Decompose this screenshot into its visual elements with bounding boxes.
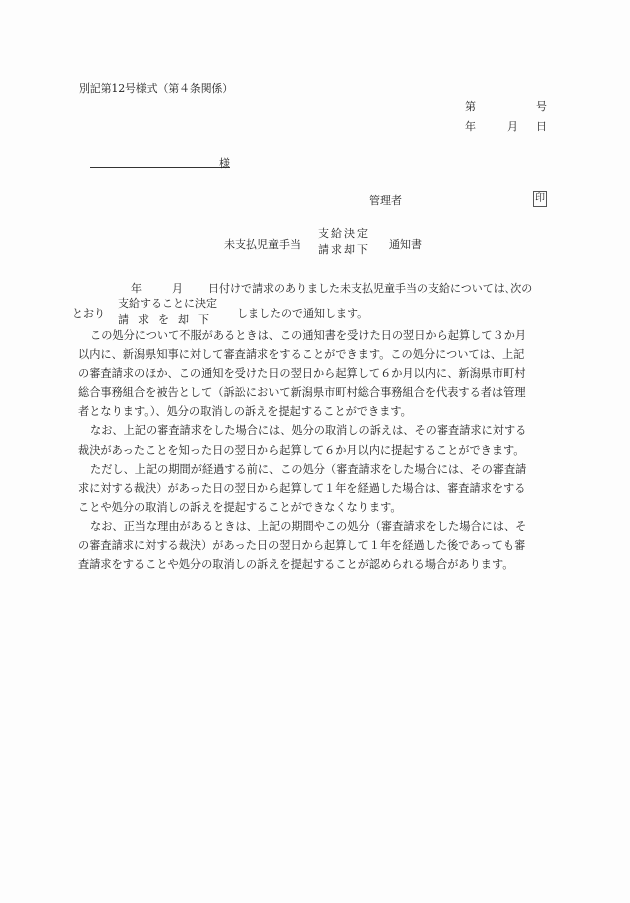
- intro-toori: とおり: [72, 305, 105, 321]
- paragraph-line: 求に対する裁決）があった日の翌日から起算して１年を経過した場合は、審査請求をする: [78, 479, 548, 498]
- issue-date: 年 月 日: [465, 118, 547, 132]
- title-tail: 通知書: [389, 236, 422, 252]
- paragraph-line: ことや処分の取消しの訴えを提起することができなくなります。: [78, 498, 548, 517]
- title-option-reject: 請求却下: [318, 242, 370, 258]
- paragraph-line: の審査請求に対する裁決）があった日の翌日から起算して１年を経過した後であっても審: [78, 536, 548, 555]
- date-day-label: 日: [536, 118, 547, 134]
- notice-body: この処分について不服があるときは、この通知書を受けた日の翌日から起算して３か月 …: [78, 326, 548, 574]
- title-main: 未支払児童手当: [224, 236, 301, 252]
- paragraph-line: の審査請求のほか、この通知を受けた日の翌日から起算して６か月以内に、新潟県市町村: [78, 364, 548, 383]
- document-number-prefix: 第: [465, 98, 476, 114]
- addressee-name-line: [90, 167, 230, 168]
- paragraph-line: 総合事務組合を被告として（訴訟において新潟県市町村総合事務組合を代表する者は管理: [78, 383, 548, 402]
- paragraph-appeal: この処分について不服があるときは、この通知書を受けた日の翌日から起算して３か月 …: [78, 326, 548, 421]
- paragraph-line: ただし、上記の期間が経過する前に、この処分（審査請求をした場合には、その審査請: [78, 460, 548, 479]
- intro-options: 支給することに決定 請求を却下: [118, 296, 218, 328]
- paragraph-line: 以内に、新潟県知事に対して審査請求をすることができます。この処分については、上記: [78, 345, 548, 364]
- issuer-label: 管理者: [369, 192, 402, 208]
- intro-month: 月: [172, 282, 183, 295]
- date-month-label: 月: [507, 118, 518, 134]
- document-number-suffix: 号: [536, 98, 547, 114]
- paragraph-deadline: ただし、上記の期間が経過する前に、この処分（審査請求をした場合には、その審査請 …: [78, 460, 548, 517]
- date-year-label: 年: [465, 118, 476, 134]
- paragraph-line: なお、正当な理由があるときは、上記の期間やこの処分（審査請求をした場合には、そ: [78, 517, 548, 536]
- title-option-grant: 支給決定: [318, 226, 370, 242]
- paragraph-line: 査請求をすることや処分の取消しの訴えを提起することが認められる場合があります。: [78, 555, 548, 574]
- intro-year: 年: [131, 282, 142, 295]
- paragraph-after-review: なお、上記の審査請求をした場合には、処分の取消しの訴えは、その審査請求に対する …: [78, 421, 548, 459]
- intro-line1-rest: 日付けで請求のありました未支払児童手当の支給については､次の: [208, 282, 532, 295]
- paragraph-line: この処分について不服があるときは、この通知書を受けた日の翌日から起算して３か月: [78, 326, 548, 345]
- title-options: 支給決定 請求却下: [318, 226, 370, 258]
- intro-line-1: 年月日付けで請求のありました未支払児童手当の支給については､次の: [131, 280, 532, 296]
- paragraph-justifiable-reason: なお、正当な理由があるときは、上記の期間やこの処分（審査請求をした場合には、そ …: [78, 517, 548, 574]
- form-identifier: 別記第12号様式（第４条関係）: [79, 80, 233, 96]
- paragraph-line: 者となります。）、処分の取消しの訴えを提起することができます。: [78, 402, 548, 421]
- intro-option-grant: 支給することに決定: [118, 296, 218, 312]
- paragraph-line: 裁決があったことを知った日の翌日から起算して６か月以内に提起することができます。: [78, 441, 548, 460]
- intro-tail: しましたので通知します。: [237, 305, 368, 321]
- seal-stamp-box: 印: [533, 191, 547, 207]
- addressee-honorific: 様: [219, 155, 230, 171]
- paragraph-line: なお、上記の審査請求をした場合には、処分の取消しの訴えは、その審査請求に対する: [78, 421, 548, 440]
